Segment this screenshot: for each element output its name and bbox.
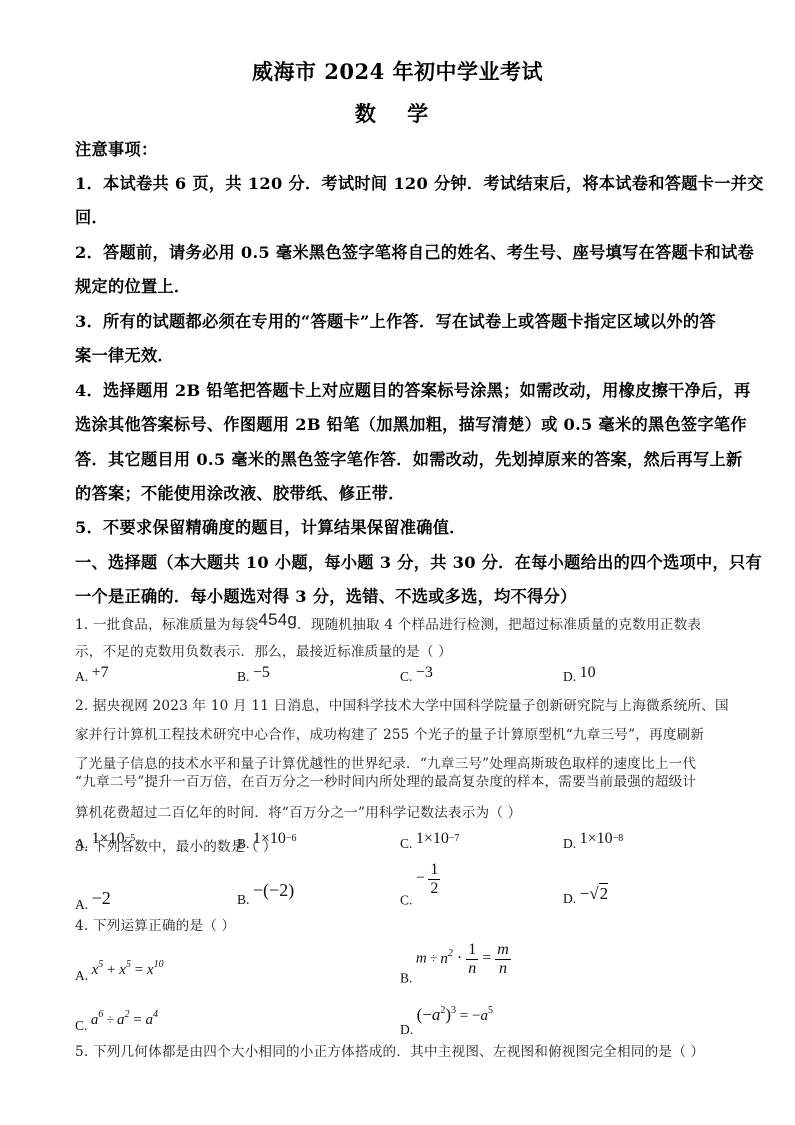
fraction: 12: [428, 862, 440, 897]
section-heading: 一个是正确的．每小题选对得 3 分，选错、不选或多选，均不得分）: [75, 583, 725, 607]
exam-page: 威海市 2024 年初中学业考试 数 学 注意事项： 1．本试卷共 6 页，共 …: [0, 0, 795, 1125]
notice-line: 回．: [75, 204, 725, 228]
standard-mass: 454g: [258, 610, 297, 629]
notice-line: 1．本试卷共 6 页，共 120 分．考试时间 120 分钟．考试结束后，将本试…: [75, 170, 725, 194]
q4-option-a[interactable]: A. x5 + x5 = x10: [75, 962, 164, 984]
notice-heading: 注意事项：: [75, 136, 725, 160]
q3-option-a[interactable]: A. −2: [75, 888, 111, 914]
question-3-stem: 3. 下列各数中，最小的数是（ ）: [75, 835, 725, 855]
q1-option-c[interactable]: C. −3: [400, 664, 433, 686]
question-2-stem: 算机花费超过二百亿年的时间．将“百万分之一”用科学记数法表示为（ ）: [75, 801, 725, 821]
notice-line: 答．其它题目用 0.5 毫米的黑色签字笔作答．如需改动，先划掉原来的答案，然后再…: [75, 446, 725, 470]
question-2-stem: “九章二号”提升一百万倍，在百万分之一秒时间内所处理的最高复杂度的样本，需要当前…: [75, 770, 725, 790]
notice-line: 的答案；不能使用涂改液、胶带纸、修正带．: [75, 480, 725, 504]
q3-option-d[interactable]: D. −√2: [563, 884, 608, 907]
q1-option-a[interactable]: A. +7: [75, 664, 109, 686]
notice-line: 2．答题前，请务必用 0.5 毫米黑色签字笔将自己的姓名、考生号、座号填写在答题…: [75, 239, 725, 263]
question-1-stem: 示，不足的克数用负数表示．那么，最接近标准质量的是（ ）: [75, 640, 725, 660]
fraction: mn: [495, 942, 511, 977]
subject-title: 数 学: [0, 98, 795, 128]
notice-line: 3．所有的试题都必须在专用的“答题卡”上作答．写在试卷上或答题卡指定区域以外的答: [75, 308, 725, 332]
notice-line: 5．不要求保留精确度的题目，计算结果保留准确值．: [75, 514, 725, 538]
question-1-stem: 1. 一批食品，标准质量为每袋454g．现随机抽取 4 个样品进行检测，把超过标…: [75, 610, 725, 633]
q1-option-b[interactable]: B. −5: [237, 664, 270, 686]
notice-line: 选涂其他答案标号、作图题用 2B 铅笔（加黑加粗，描写清楚）或 0.5 毫米的黑…: [75, 411, 725, 435]
question-5-stem: 5. 下列几何体都是由四个大小相同的小正方体搭成的．其中主视图、左视图和俯视图完…: [75, 1040, 725, 1060]
section-heading: 一、选择题（本大题共 10 小题，每小题 3 分，共 30 分．在每小题给出的四…: [75, 549, 725, 573]
exam-title: 威海市 2024 年初中学业考试: [0, 56, 795, 86]
q4-option-d[interactable]: D. (−a2)3 = −a5: [400, 1005, 493, 1038]
q3-option-c[interactable]: C. − 12: [400, 862, 440, 909]
q3-option-b[interactable]: B. −(−2): [237, 880, 294, 908]
notice-line: 4．选择题用 2B 铅笔把答题卡上对应题目的答案标号涂黑；如需改动，用橡皮擦干净…: [75, 377, 725, 401]
notice-line: 规定的位置上．: [75, 273, 725, 297]
notice-line: 案一律无效．: [75, 342, 725, 366]
question-4-stem: 4. 下列运算正确的是（ ）: [75, 914, 725, 934]
sqrt-icon: √: [589, 884, 598, 903]
q1-option-d[interactable]: D. 10: [563, 664, 596, 686]
question-2-stem: 家并行计算机工程技术研究中心合作，成功构建了 255 个光子的量子计算原型机“九…: [75, 723, 725, 743]
question-2-stem: 2. 据央视网 2023 年 10 月 11 日消息，中国科学技术大学中国科学院…: [75, 694, 725, 714]
q4-option-b[interactable]: B. m ÷ n2 · 1n = mn: [400, 942, 511, 987]
q4-option-c[interactable]: C. a6 ÷ a2 = a4: [75, 1012, 158, 1034]
fraction: 1n: [466, 942, 478, 977]
question-2-stem: 了光量子信息的技术水平和量子计算优越性的世界纪录．“九章三号”处理高斯玻色取样的…: [75, 752, 725, 772]
